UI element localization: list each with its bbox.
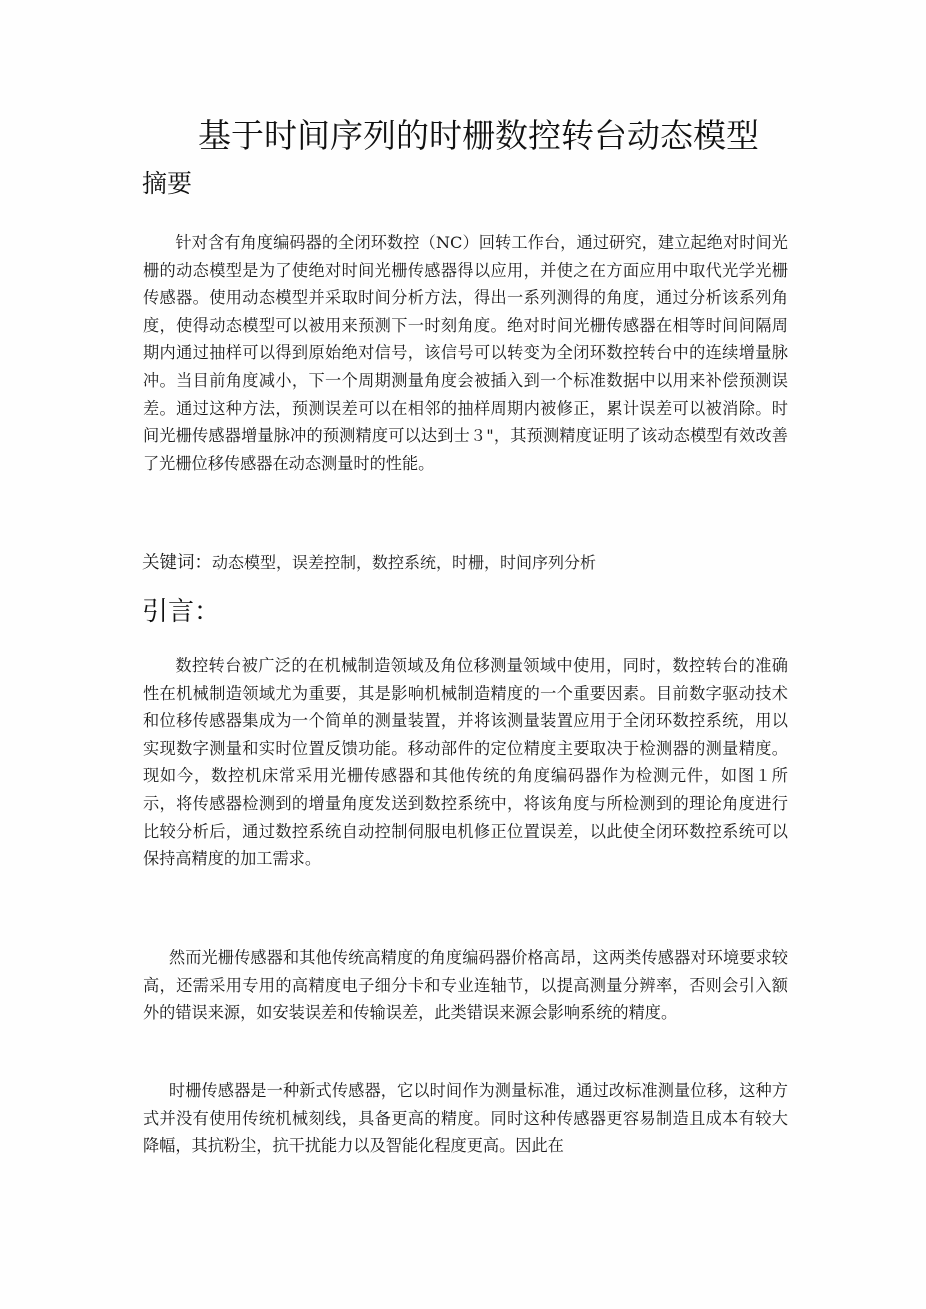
keywords-text: 动态模型，误差控制，数控系统，时栅，时间序列分析: [212, 553, 596, 572]
introduction-heading: 引言：: [142, 592, 220, 632]
document-title: 基于时间序列的时栅数控转台动态模型: [198, 114, 838, 158]
keywords-line: 关键词：动态模型，误差控制，数控系统，时栅，时间序列分析: [142, 549, 596, 578]
document-page: 基于时间序列的时栅数控转台动态模型 摘要 针对含有角度编码器的全闭环数控（NC）…: [0, 0, 926, 1309]
introduction-paragraph-3: 时栅传感器是一种新式传感器，它以时间作为测量标准，通过改标准测量位移，这种方式并…: [143, 1077, 788, 1160]
abstract-heading: 摘要: [142, 166, 192, 202]
introduction-paragraph-1: 数控转台被广泛的在机械制造领域及角位移测量领域中使用，同时，数控转台的准确性在机…: [143, 652, 788, 873]
introduction-paragraph-2: 然而光栅传感器和其他传统高精度的角度编码器价格高昂，这两类传感器对环境要求较高，…: [143, 944, 788, 1027]
abstract-paragraph: 针对含有角度编码器的全闭环数控（NC）回转工作台，通过研究，建立起绝对时间光栅的…: [143, 229, 788, 477]
keywords-label: 关键词：: [142, 553, 212, 573]
